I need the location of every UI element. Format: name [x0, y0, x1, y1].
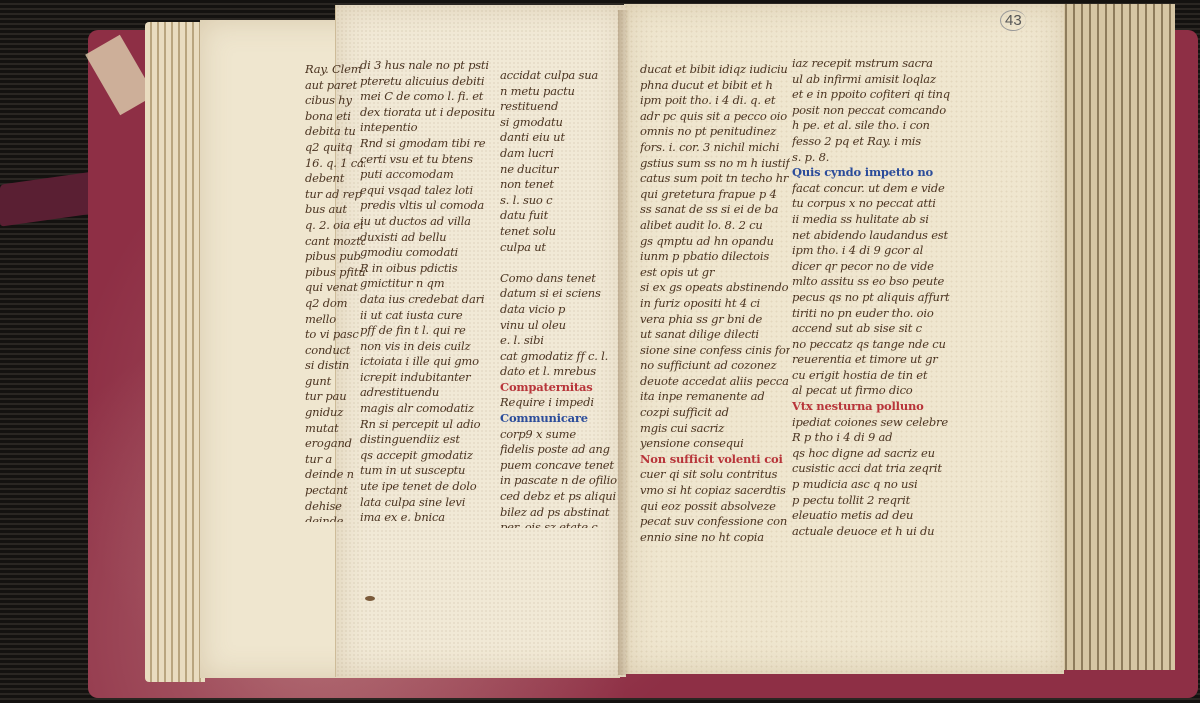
manuscript-line: in furiz opositi ht 4 ci	[640, 296, 790, 312]
ink-stain	[365, 596, 375, 601]
manuscript-line: magis alr comodatiz	[360, 401, 498, 417]
manuscript-line: qui gretetura frapue p 4	[640, 187, 790, 203]
manuscript-line: no sufficiunt ad cozonez	[640, 358, 790, 374]
manuscript-line: datu fuit	[500, 208, 622, 224]
manuscript-line: p pectu tollit 2 reqrit	[792, 493, 972, 509]
manuscript-line: fidelis poste ad ang	[500, 442, 622, 458]
manuscript-line: ima ex e. bnica	[360, 510, 498, 526]
right-page-left-column: ducat et bibit idiqz iudiciuphna ducut e…	[640, 62, 790, 542]
manuscript-line: mutat	[305, 421, 365, 437]
manuscript-line: aut paret	[305, 78, 365, 94]
right-page-right-column: iaz recepit mstrum sacraul ab infirmi am…	[792, 56, 972, 536]
manuscript-line: catus sum poit tn techo hr ah	[640, 171, 790, 187]
manuscript-line: debent	[305, 171, 365, 187]
manuscript-line: q2 quitq	[305, 140, 365, 156]
manuscript-line: lata culpa sine levi	[360, 495, 498, 511]
manuscript-line: iu ut ductos ad villa	[360, 214, 498, 230]
manuscript-line: deinde n	[305, 467, 365, 483]
manuscript-line: distinguendiiz est	[360, 432, 498, 448]
manuscript-line: danti eiu ut	[500, 130, 622, 146]
insert-leaf-column: accidat culpa suan metu pacturestituends…	[500, 68, 622, 528]
manuscript-line: cozpi sufficit ad	[640, 405, 790, 421]
manuscript-line: deuote accedat aliis pecca	[640, 374, 790, 390]
manuscript-line: tenet solu	[500, 224, 622, 240]
manuscript-line: R p tho i 4 di 9 ad	[792, 430, 972, 446]
manuscript-line: dex tiorata ut i depositu	[360, 105, 498, 121]
manuscript-line: non tenet	[500, 177, 622, 193]
manuscript-line: pteretu alicuius debiti	[360, 74, 498, 90]
manuscript-line: 16. q. 1 calui	[305, 156, 365, 172]
manuscript-line: Ray. Clem	[305, 62, 365, 78]
manuscript-line: data ius credebat dari	[360, 292, 498, 308]
manuscript-line: restituend	[500, 99, 622, 115]
manuscript-line: Rnd si gmodam tibi re	[360, 136, 498, 152]
manuscript-line: cu erigit hostia de tin et	[792, 368, 972, 384]
manuscript-line: bona eti	[305, 109, 365, 125]
manuscript-line: posit non peccat comcando	[792, 103, 972, 119]
manuscript-line: gmictitur n qm	[360, 276, 498, 292]
manuscript-line: conduct	[305, 343, 365, 359]
manuscript-line: Compaternitas	[500, 380, 622, 396]
manuscript-line: ducat et bibit idiqz iudiciu	[640, 62, 790, 78]
manuscript-line: yensione consequi	[640, 436, 790, 452]
manuscript-line: q2 dom	[305, 296, 365, 312]
manuscript-line: alibet audit lo. 8. 2 cu	[640, 218, 790, 234]
manuscript-line: pibus pub	[305, 249, 365, 265]
manuscript-line: ne ducitur	[500, 162, 622, 178]
manuscript-line: net abidendo laudandus est	[792, 228, 972, 244]
manuscript-line: talez dilisentiaz	[360, 526, 498, 528]
manuscript-line: pibus pfitutuz	[305, 265, 365, 281]
manuscript-line: eleuatio metis ad deu	[792, 508, 972, 524]
manuscript-line: Communicare	[500, 411, 622, 427]
manuscript-line: erogand	[305, 436, 365, 452]
manuscript-line: debita tu	[305, 124, 365, 140]
manuscript-line: in pascate n de ofilio	[500, 473, 622, 489]
manuscript-line: Como dans tenet	[500, 271, 622, 287]
manuscript-line: ii ut cat iusta cure	[360, 308, 498, 324]
manuscript-line: bus aut	[305, 202, 365, 218]
manuscript-line: corp9 x sume	[500, 427, 622, 443]
manuscript-line: tur pau	[305, 389, 365, 405]
manuscript-line: mgis cui sacriz	[640, 421, 790, 437]
manuscript-line: puem concave tenet	[500, 458, 622, 474]
manuscript-line: cibus hy	[305, 93, 365, 109]
manuscript-line: data vicio p	[500, 302, 622, 318]
manuscript-line: culpa ut	[500, 240, 622, 256]
manuscript-line: actuale deuoce et h ui du	[792, 524, 972, 536]
manuscript-line: e. l. sibi	[500, 333, 622, 349]
manuscript-line: gstius sum ss no m h iustifi	[640, 156, 790, 172]
manuscript-line: cat gmodatiz ff c. l.	[500, 349, 622, 365]
manuscript-line: iaz recepit mstrum sacra	[792, 56, 972, 72]
left-page-outer-column: Ray. Clemaut paretcibus hybona etidebita…	[305, 62, 365, 522]
manuscript-line: ute ipe tenet de dolo	[360, 479, 498, 495]
manuscript-line	[500, 255, 622, 271]
manuscript-line: qui venat	[305, 280, 365, 296]
manuscript-line: icrepit indubitanter	[360, 370, 498, 386]
manuscript-line: phna ducut et bibit et h	[640, 78, 790, 94]
manuscript-line: reuerentia et timore ut gr	[792, 352, 972, 368]
manuscript-line: tiriti no pn euder tho. oio	[792, 306, 972, 322]
manuscript-line: duxisti ad bellu	[360, 230, 498, 246]
manuscript-line: omnis no pt penitudinez	[640, 124, 790, 140]
manuscript-line: Vtx nesturna polluno	[792, 399, 972, 415]
manuscript-line: s. p. 8.	[792, 150, 972, 166]
manuscript-line: predis vltis ul comoda	[360, 198, 498, 214]
manuscript-line: gmodiu comodati	[360, 245, 498, 261]
manuscript-line: mei C de como l. fi. et	[360, 89, 498, 105]
manuscript-line: cuer qi sit solu contritus	[640, 467, 790, 483]
manuscript-line: ii media ss hulitate ab si	[792, 212, 972, 228]
manuscript-line: sione sine confess cinis for	[640, 343, 790, 359]
manuscript-line: mello	[305, 312, 365, 328]
manuscript-line: facat concur. ut dem e vide	[792, 181, 972, 197]
manuscript-line: certi vsu et tu btens	[360, 152, 498, 168]
manuscript-line: pecat suv confessione con	[640, 514, 790, 530]
manuscript-line: dato et l. mrebus	[500, 364, 622, 380]
manuscript-line: tur ad rep	[305, 187, 365, 203]
manuscript-line: to vi pasc	[305, 327, 365, 343]
folio-number: 43	[1000, 10, 1026, 31]
manuscript-line: non vis in deis cuilz	[360, 339, 498, 355]
manuscript-line: s. l. suo c	[500, 193, 622, 209]
manuscript-line: ut sanat dilige dilecti	[640, 327, 790, 343]
manuscript-line: pff de fin t l. qui re	[360, 323, 498, 339]
manuscript-line: ita inpe remanente ad	[640, 389, 790, 405]
manuscript-line: al pecat ut firmo dico	[792, 383, 972, 399]
left-page-edges	[145, 22, 205, 682]
manuscript-line: qs accepit gmodatiz	[360, 448, 498, 464]
manuscript-line: Rn si percepit ul adio	[360, 417, 498, 433]
manuscript-line: Require i impedi	[500, 395, 622, 411]
manuscript-line: qui eoz possit absolveze	[640, 499, 790, 515]
manuscript-line: pecus qs no pt aliquis affurt	[792, 290, 972, 306]
manuscript-line: cant moztali	[305, 234, 365, 250]
manuscript-line: tum in ut susceptu	[360, 463, 498, 479]
manuscript-line: ipm tho. i 4 di 9 gcor al	[792, 243, 972, 259]
manuscript-line: Non sufficit volenti coi	[640, 452, 790, 468]
manuscript-line: et e in ppoito cofiteri qi tinq	[792, 87, 972, 103]
manuscript-line: h pe. et al. sile tho. i con	[792, 118, 972, 134]
manuscript-line: datum si ei sciens	[500, 286, 622, 302]
manuscript-line: vmo si ht copiaz sacerdtis	[640, 483, 790, 499]
manuscript-line: gunt	[305, 374, 365, 390]
manuscript-line: no peccatz qs tange nde cu	[792, 337, 972, 353]
manuscript-line: q. 2. oia ei	[305, 218, 365, 234]
manuscript-line: fesso 2 pq et Ray. i mis	[792, 134, 972, 150]
manuscript-line: ced debz et ps aliqui	[500, 489, 622, 505]
manuscript-line: iunm p pbatio dilectois	[640, 249, 790, 265]
manuscript-line: dehise	[305, 499, 365, 515]
manuscript-line: adr pc quis sit a pecco oio	[640, 109, 790, 125]
manuscript-line: R in oibus pdictis	[360, 261, 498, 277]
manuscript-line: dicer qr pecor no de vide	[792, 259, 972, 275]
manuscript-line: gs qmptu ad hn opandu	[640, 234, 790, 250]
manuscript-line: p mudicia asc q no usi	[792, 477, 972, 493]
manuscript-line: ul ab infirmi amisit loqlaz	[792, 72, 972, 88]
manuscript-line: ictoiata i ille qui gmo	[360, 354, 498, 370]
manuscript-line: si ex gs opeats abstinendo	[640, 280, 790, 296]
manuscript-line: dam lucri	[500, 146, 622, 162]
manuscript-line: gniduz	[305, 405, 365, 421]
manuscript-line: per. ois sz etate c	[500, 520, 622, 528]
left-page-inner-column: di 3 hus nale no pt pstipteretu alicuius…	[360, 58, 498, 528]
manuscript-line: vera phia ss gr bni de	[640, 312, 790, 328]
manuscript-line: tu corpus x no peccat atti	[792, 196, 972, 212]
manuscript-line: deinde	[305, 514, 365, 522]
manuscript-line: di 3 hus nale no pt psti	[360, 58, 498, 74]
manuscript-line: tur a	[305, 452, 365, 468]
manuscript-line: accend sut ab sise sit c	[792, 321, 972, 337]
manuscript-line: ennio sine no ht copia	[640, 530, 790, 542]
manuscript-line: intepentio	[360, 120, 498, 136]
manuscript-line: qs hoc digne ad sacriz eu	[792, 446, 972, 462]
manuscript-line: equi vsqad talez loti	[360, 183, 498, 199]
manuscript-line: n metu pactu	[500, 84, 622, 100]
manuscript-line: bilez ad ps abstinat	[500, 505, 622, 521]
manuscript-line: pectant	[305, 483, 365, 499]
manuscript-line: ipm poit tho. i 4 di. q. et	[640, 93, 790, 109]
manuscript-line: adrestituendu	[360, 385, 498, 401]
manuscript-line: est opis ut gr	[640, 265, 790, 281]
manuscript-line: si gmodatu	[500, 115, 622, 131]
manuscript-line: ss sanat de ss si ei de ba	[640, 202, 790, 218]
manuscript-line: cusistic acci dat tria zeqrit	[792, 461, 972, 477]
manuscript-line: accidat culpa sua	[500, 68, 622, 84]
manuscript-line: puti accomodam	[360, 167, 498, 183]
manuscript-line: fors. i. cor. 3 nichil michi	[640, 140, 790, 156]
manuscript-line: si distin	[305, 358, 365, 374]
manuscript-line: vinu ul oleu	[500, 318, 622, 334]
manuscript-line: Quis cyndo impetto no	[792, 165, 972, 181]
manuscript-line: ipediat coiones sew celebre	[792, 415, 972, 431]
manuscript-line: mlto assitu ss eo bso peute	[792, 274, 972, 290]
